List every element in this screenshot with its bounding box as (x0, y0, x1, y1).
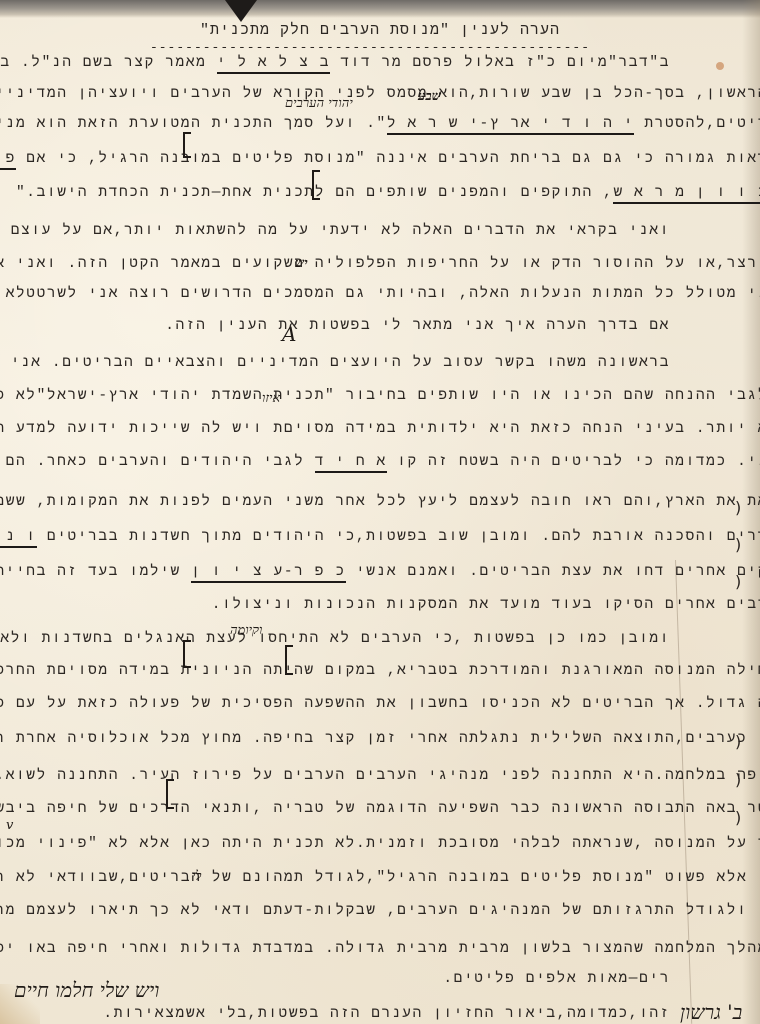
underlined-name: א ח י ד (315, 454, 387, 473)
torn-notch (225, 0, 257, 22)
insertion-mark (166, 779, 174, 809)
title-underline-dashes: ----------------------------------------… (125, 40, 615, 55)
typed-line: אם בדרך הערה איך אני מתאר לי בפשטות את ה… (165, 318, 670, 334)
typed-line: ני מטולל כל המתות הנעלות האלה, ובהיותי ג… (0, 286, 760, 302)
insertion-mark (183, 132, 191, 158)
margin-paren-mark: ( (735, 535, 741, 554)
handwritten-note: איזו (262, 390, 280, 406)
underlined-name: כ ו ו ן מ ר א ש (613, 185, 760, 204)
underlined-name: פ י נ ו י (0, 151, 16, 170)
typed-line: רבים אחרים הסיקו בעוד מועד את המסקנות הנ… (212, 597, 760, 613)
typed-line: מהלך המלחמה שהמצור בלשון מרבית מרבית גדו… (0, 941, 760, 957)
typed-line: ריטים,להסטרת י ה ו ד י אר ץ-י ש ר א ל". … (0, 116, 760, 132)
typed-line: ומובן כמו כן בפשטות ,כי הערבים לא התיחסו… (0, 631, 670, 647)
document-title: הערה לענין "מנוסת הערבים חלק מתכנית" (0, 22, 760, 39)
underlined-name: ב צ ל א ל י (217, 55, 330, 74)
typed-line: ר על המנוסה ,שנראתה לבלהי מסובכת וזמנית.… (0, 836, 760, 852)
typed-line: לגבי ההנחה שהם הכינו או היו שותפים בחיבו… (0, 388, 760, 404)
insertion-mark (312, 170, 320, 200)
typed-line: יפה במלחמה.היא התחננה לפני מנהיגי הערבים… (0, 768, 760, 784)
underlined-name: ו נ ם (0, 529, 37, 548)
insertion-mark (285, 645, 293, 675)
typed-line: את את הארץ,והם ראו חובה לעצמם ליעץ לכל א… (0, 494, 760, 510)
handwritten-signature: ב' גרשון (680, 1000, 742, 1024)
typed-line: י ולגודל התרגזותם של המנהיגים הערבים, שב… (0, 903, 760, 919)
handwritten-note: שבע (418, 88, 441, 104)
typed-line: קים אחרים דחו את עצת הבריטים. ואמנם אנשי… (0, 564, 760, 580)
typed-line: הראשון, בסך-הכל בן שבע שורות,הוא מסמס לפ… (0, 86, 760, 102)
margin-paren-mark: ( (735, 770, 741, 789)
margin-paren-mark: ( (735, 732, 741, 751)
handwritten-note: וקיומה (230, 622, 262, 638)
handwritten-margin-letter: A (282, 322, 296, 346)
typed-line: טר באה התבוסה הראשונה כבר השפיעה הדוגמה … (0, 801, 760, 817)
underlined-name: כ פ ר-ע צ י ו ן (191, 564, 346, 583)
typed-line: ב"דבר"מיום כ"ז באלול פרסם מר דוד ב צ ל א… (0, 55, 670, 71)
typed-line: דרים והסכנה אורבת להם. ומובן שוב בפשטות,… (0, 529, 760, 545)
insertion-mark (183, 640, 191, 668)
margin-paren-mark: ( (735, 808, 741, 827)
typed-line: י כערבים,התוצאה השלילית נתגלתה אחרי זמן … (0, 731, 760, 747)
typed-line: ואני בקראי את הדברים האלה לא ידעתי על מה… (0, 223, 670, 239)
margin-paren-mark: ( (735, 498, 741, 517)
handwritten-note: לי (192, 868, 202, 884)
typed-line: ה גדול. אך הבריטים לא הכניסו בחשבון את ה… (0, 696, 760, 712)
typed-line: ני. כמדומה כי לבריטים היה בשטח זה קו א ח… (0, 454, 760, 470)
handwritten-margin-mark: v (6, 818, 13, 833)
handwritten-note: יהודי הערבים (285, 95, 353, 111)
typed-line: רים—מאות אלפים פליטים. (443, 971, 670, 987)
typed-line: כ ו ו ן מ ר א ש, התוקפים והמפנים שותפים … (16, 185, 760, 201)
underlined-name: י ה ו ד י אר ץ-י ש ר א ל (387, 116, 634, 135)
typed-line: בראשונה משהו בקשר עסוב על היועצים המדיני… (0, 355, 670, 371)
handwritten-closing-note: ויש שלי חלמו חיים (14, 978, 159, 1003)
typed-line: ורצר,או על ההוסור הדק או על החריפות הפלפ… (0, 256, 760, 272)
typed-line: זהו,כמדומה,ביאור החזיון הענרם הזה בפשטות… (103, 1006, 670, 1022)
typed-line: חילה המנוסה המאורגנת והמודרכת בטבריא, במ… (0, 663, 760, 679)
handwritten-note: יש (295, 255, 308, 271)
typed-line: א יותר. בעיני הנחה כזאת היא ילדותית במיד… (0, 421, 760, 437)
margin-paren-mark: ( (735, 572, 741, 591)
rust-stain (716, 62, 724, 70)
typed-line: דאות גמורה כי גם גם בריחת הערבים איננה "… (0, 151, 760, 167)
typed-line: י אלא פשוט "מנוסת פליטים במובנה הרגיל",ל… (0, 870, 760, 886)
torn-top-edge (0, 0, 760, 18)
scanned-document-page: הערה לענין "מנוסת הערבים חלק מתכנית" ---… (0, 0, 760, 1024)
